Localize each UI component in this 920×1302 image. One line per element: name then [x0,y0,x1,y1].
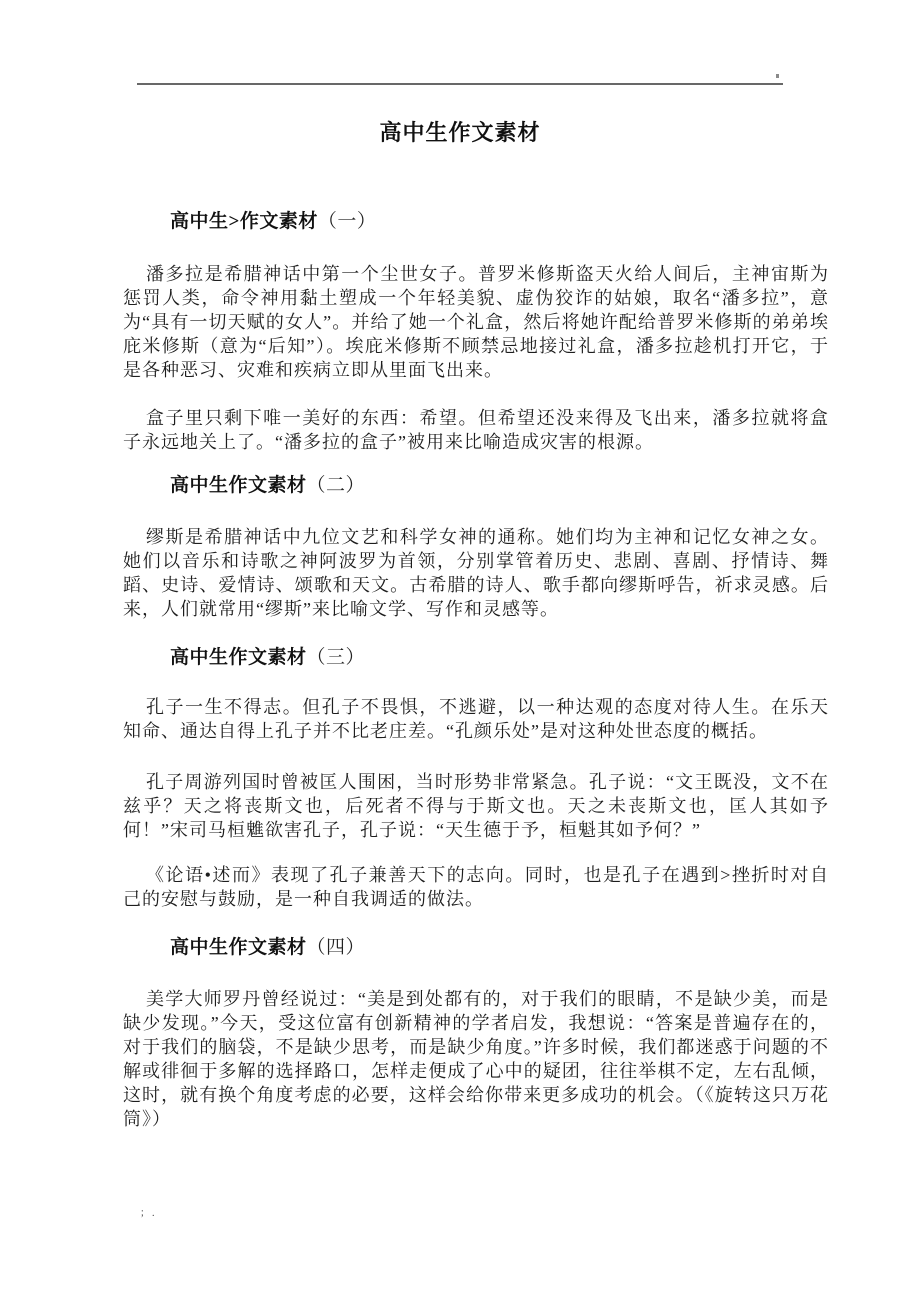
section-1-paragraph-1: 潘多拉是希腊神话中第一个尘世女子。普罗米修斯盗天火给人间后，主神宙斯为惩罚人类，… [123,262,829,382]
header-dot [776,74,779,78]
section-3-paragraph-2: 孔子周游列国时曾被匡人围困，当时形势非常紧急。孔子说：“文王既没，文不在兹乎？天… [123,770,829,842]
document-body: 高中生>作文素材（一） 潘多拉是希腊神话中第一个尘世女子。普罗米修斯盗天火给人间… [123,211,829,1131]
section-4-heading-number: （四） [307,937,366,958]
section-4-paragraph-1: 美学大师罗丹曾经说过：“美是到处都有的，对于我们的眼睛，不是缺少美，而是缺少发现… [123,987,829,1131]
section-3-paragraph-3: 《论语•述而》表现了孔子兼善天下的志向。同时，也是孔子在遇到>挫折时对自己的安慰… [123,863,829,911]
section-2-paragraph-1: 缪斯是希腊神话中九位文艺和科学女神的通称。她们均为主神和记忆女神之女。她们以音乐… [123,525,829,621]
section-3-heading: 高中生作文素材（三） [170,647,829,669]
document-title: 高中生作文素材 [0,0,920,145]
section-2-heading-main: 高中生作文素材 [170,475,307,496]
section-4-heading: 高中生作文素材（四） [170,937,829,959]
section-2-heading: 高中生作文素材（二） [170,475,829,497]
section-3-heading-number: （三） [307,647,366,668]
section-1-heading: 高中生>作文素材（一） [170,211,829,233]
section-1-paragraph-2: 盒子里只剩下唯一美好的东西：希望。但希望还没来得及飞出来，潘多拉就将盒子永远地关… [123,406,829,454]
footer-mark: ；. [140,1208,920,1220]
section-1-heading-main: 高中生>作文素材 [170,211,318,232]
section-3-paragraph-1: 孔子一生不得志。但孔子不畏惧，不逃避，以一种达观的态度对待人生。在乐天知命、通达… [123,695,829,743]
section-4-heading-main: 高中生作文素材 [170,937,307,958]
section-3-heading-main: 高中生作文素材 [170,647,307,668]
document-page: 高中生作文素材 高中生>作文素材（一） 潘多拉是希腊神话中第一个尘世女子。普罗米… [0,0,920,1302]
header-rule [137,83,783,85]
section-1-heading-number: （一） [318,211,377,232]
section-2-heading-number: （二） [307,475,366,496]
